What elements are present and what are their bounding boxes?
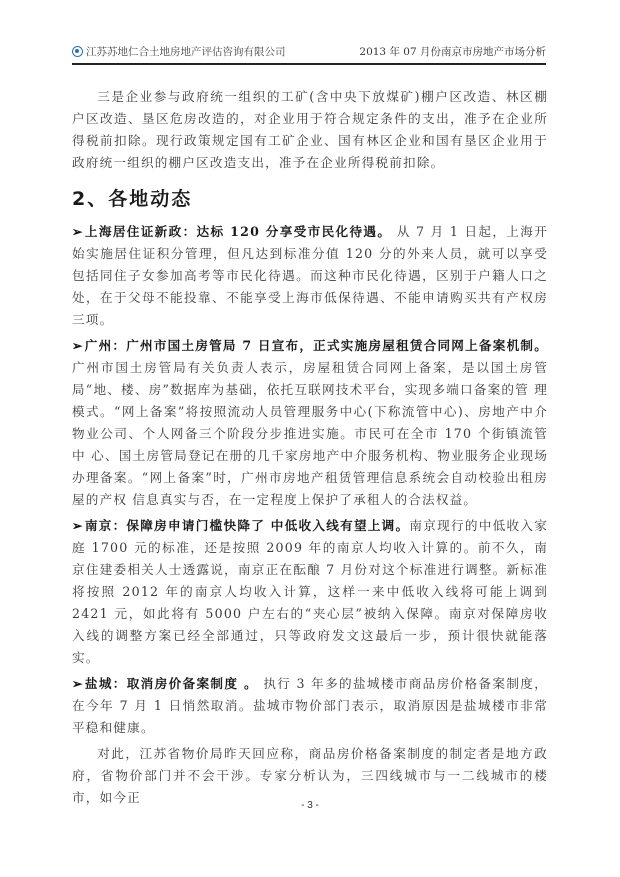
company-name: 江苏苏地仁合土地房地产评估咨询有限公司 — [86, 44, 286, 59]
news-item-text: 广州市国土房管局有关负责人表示，房屋租赁合同网上备案，是以国土房管局“地、楼、房… — [72, 360, 548, 507]
news-item-lead: 盐城：取消房价备案制度 。 — [85, 676, 258, 691]
section-heading: 2、各地动态 — [72, 184, 548, 211]
arrow-bullet-icon: ➢ — [72, 518, 84, 533]
news-item-lead: 南京：保障房申请门槛快降了 中低收入线有望上调。 — [85, 518, 410, 533]
news-item-guangzhou: ➢广州：广州市国土房管局 7 日宣布，正式实施房屋租赁合同网上备案机制。 广州市… — [72, 335, 548, 511]
report-title: 2013 年 07 月份南京市房地产市场分析 — [359, 44, 546, 59]
page-header: 江苏苏地仁合土地房地产评估咨询有限公司 2013 年 07 月份南京市房地产市场… — [72, 44, 546, 60]
arrow-bullet-icon: ➢ — [72, 676, 84, 691]
news-item-lead: 广州：广州市国土房管局 7 日宣布，正式实施房屋租赁合同网上备案机制。 — [85, 338, 548, 353]
news-item-lead: 上海居住证新政：达标 120 分享受市民化待遇。 — [85, 224, 392, 239]
company-logo-icon — [72, 46, 83, 57]
header-divider — [72, 63, 546, 65]
news-item-yancheng: ➢盐城：取消房价备案制度 。 执行 3 年多的盐城楼市商品房价格备案制度，在今年… — [72, 673, 548, 739]
document-body: 三是企业参与政府统一组织的工矿(含中央下放煤矿)棚户区改造、林区棚户区改造、垦区… — [72, 86, 548, 809]
news-item-shanghai: ➢上海居住证新政：达标 120 分享受市民化待遇。 从 7 月 1 日起，上海开… — [72, 221, 548, 331]
arrow-bullet-icon: ➢ — [72, 338, 84, 353]
arrow-bullet-icon: ➢ — [72, 224, 84, 239]
header-company: 江苏苏地仁合土地房地产评估咨询有限公司 — [72, 44, 286, 59]
page-number: - 3 - — [0, 800, 620, 811]
intro-paragraph: 三是企业参与政府统一组织的工矿(含中央下放煤矿)棚户区改造、林区棚户区改造、垦区… — [72, 86, 548, 174]
news-item-text: 从 7 月 1 日起，上海开始实施居住证积分管理，但凡达到标准分值 120 分的… — [72, 224, 548, 327]
news-item-nanjing: ➢南京：保障房申请门槛快降了 中低收入线有望上调。南京现行的中低收入家庭 170… — [72, 515, 548, 669]
news-item-text: 南京现行的中低收入家庭 1700 元的标准，还是按照 2009 年的南京人均收入… — [72, 518, 548, 665]
